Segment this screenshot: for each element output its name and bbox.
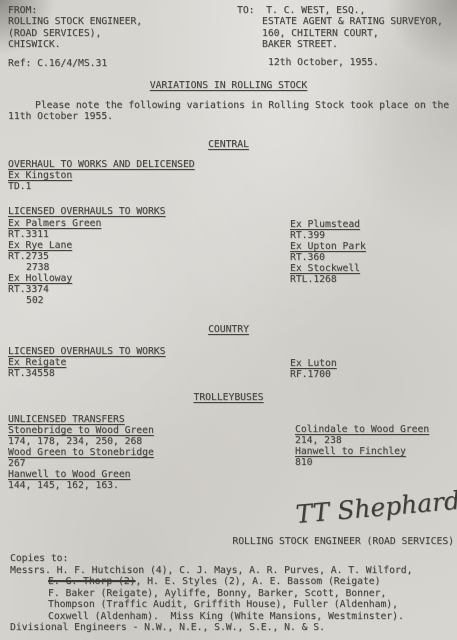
route-name: Ex Palmers Green [8, 218, 101, 229]
copies-line-rest: , H. E. Styles (2), A. E. Bassom (Reigat… [136, 576, 381, 587]
to-address-line: 160, CHILTERN COURT, [237, 28, 443, 39]
vehicle-number: 174, 178, 234, 250, 268 [8, 436, 154, 447]
reference-number: Ref: C.16/4/MS.31 [8, 58, 107, 69]
copies-block: Copies to: Messrs. H. F. Hutchison (4), … [10, 553, 412, 634]
intro-line: 11th October 1955. [8, 111, 113, 122]
route-name: Stonebridge to Wood Green [8, 425, 154, 436]
vehicle-number: RF.1700 [290, 369, 337, 380]
document-date: 12th October, 1955. [268, 57, 379, 68]
to-block: TO: T. C. WEST, ESQ., ESTATE AGENT & RAT… [237, 5, 443, 50]
trolleybuses-heading-row: TROLLEYBUSES [0, 392, 457, 403]
to-recipient: T. C. WEST, ESQ., [266, 5, 365, 16]
vehicle-number: 144, 145, 162, 163. [8, 480, 154, 491]
route-name: Colindale to Wood Green [295, 424, 429, 435]
copies-line: F. Baker (Reigate), Ayliffe, Bonny, Bark… [10, 588, 412, 600]
country-licensed-heading: LICENSED OVERHAULS TO WORKS [8, 346, 165, 357]
document-title-row: VARIATIONS IN ROLLING STOCK [0, 80, 457, 91]
route-name: Ex Reigate [8, 357, 165, 368]
vehicle-number: TD.1 [8, 181, 195, 192]
vehicle-number: RT.2735 [8, 251, 101, 262]
copies-line: Divisional Engineers - N.W., N.E., S.W.,… [10, 622, 412, 634]
vehicle-number: RT.360 [290, 252, 366, 263]
from-block: FROM: ROLLING STOCK ENGINEER, (ROAD SERV… [8, 5, 142, 50]
to-address-line: BAKER STREET. [237, 39, 443, 50]
vehicle-number: RTL.1268 [290, 274, 366, 285]
to-label: TO: [237, 5, 255, 16]
route-name: Ex Luton [290, 358, 337, 369]
country-heading-row: COUNTRY [0, 324, 457, 335]
vehicle-number: 810 [295, 457, 429, 468]
route-name: Ex Kingston [8, 170, 195, 181]
from-address-line: (ROAD SERVICES), [8, 28, 142, 39]
vehicle-number: 502 [8, 295, 101, 306]
route-name: Ex Plumstead [290, 219, 366, 230]
to-address-line: ESTATE AGENT & RATING SURVEYOR, [237, 16, 443, 27]
trolleybuses-section-heading: TROLLEYBUSES [194, 392, 264, 403]
document-title: VARIATIONS IN ROLLING STOCK [150, 80, 307, 91]
document-page: FROM: ROLLING STOCK ENGINEER, (ROAD SERV… [0, 0, 457, 640]
central-right-column: Ex Plumstead RT.399 Ex Upton Park RT.360… [290, 219, 366, 285]
vehicle-number: RT.399 [290, 230, 366, 241]
copies-line: E. G. Thorp (2), H. E. Styles (2), A. E.… [10, 576, 412, 588]
vehicle-number: RT.34558 [8, 368, 165, 379]
central-overhaul-block: OVERHAUL TO WORKS AND DELICENSED Ex King… [8, 159, 195, 192]
central-section-heading: CENTRAL [208, 139, 249, 150]
handwritten-signature: TT Shephard [294, 486, 457, 529]
route-name: Ex Holloway [8, 273, 101, 284]
vehicle-number: RT.3374 [8, 284, 101, 295]
from-address-line: CHISWICK. [8, 39, 142, 50]
central-overhaul-heading: OVERHAUL TO WORKS AND DELICENSED [8, 159, 195, 170]
route-name: Wood Green to Stonebridge [8, 447, 154, 458]
vehicle-number: 2738 [8, 262, 101, 273]
to-line: TO: T. C. WEST, ESQ., [237, 5, 443, 16]
country-right-column: Ex Luton RF.1700 [290, 358, 337, 380]
route-name: Ex Upton Park [290, 241, 366, 252]
intro-line: Please note the following variations in … [35, 100, 449, 111]
trolleybuses-left-column: UNLICENSED TRANSFERS Stonebridge to Wood… [8, 414, 154, 491]
from-address-line: ROLLING STOCK ENGINEER, [8, 16, 142, 27]
country-left-column: LICENSED OVERHAULS TO WORKS Ex Reigate R… [8, 346, 165, 379]
struck-name: E. G. Thorp (2) [48, 576, 136, 587]
copies-label: Copies to: [10, 553, 412, 565]
from-label: FROM: [8, 5, 142, 16]
vehicle-number: RT.3311 [8, 229, 101, 240]
signature-role: ROLLING STOCK ENGINEER (ROAD SERVICES) [232, 536, 454, 547]
route-name: Ex Rye Lane [8, 240, 101, 251]
country-section-heading: COUNTRY [208, 324, 249, 335]
vehicle-number: 267 [8, 458, 154, 469]
vehicle-number: 214, 238 [295, 435, 429, 446]
copies-line: Messrs. H. F. Hutchison (4), C. J. Mays,… [10, 565, 412, 577]
route-name: Ex Stockwell [290, 263, 366, 274]
central-heading-row: CENTRAL [0, 139, 457, 150]
transfers-heading: UNLICENSED TRANSFERS [8, 414, 154, 425]
central-left-column: Ex Palmers Green RT.3311 Ex Rye Lane RT.… [8, 218, 101, 306]
route-name: Hanwell to Finchley [295, 446, 429, 457]
route-name: Hanwell to Wood Green [8, 469, 154, 480]
copies-line: Thompson (Traffic Audit, Griffith House)… [10, 599, 412, 611]
copies-line: Coxwell (Aldenham). Miss King (White Man… [10, 611, 412, 623]
central-licensed-heading: LICENSED OVERHAULS TO WORKS [8, 206, 165, 217]
trolleybuses-right-column: Colindale to Wood Green 214, 238 Hanwell… [295, 424, 429, 468]
